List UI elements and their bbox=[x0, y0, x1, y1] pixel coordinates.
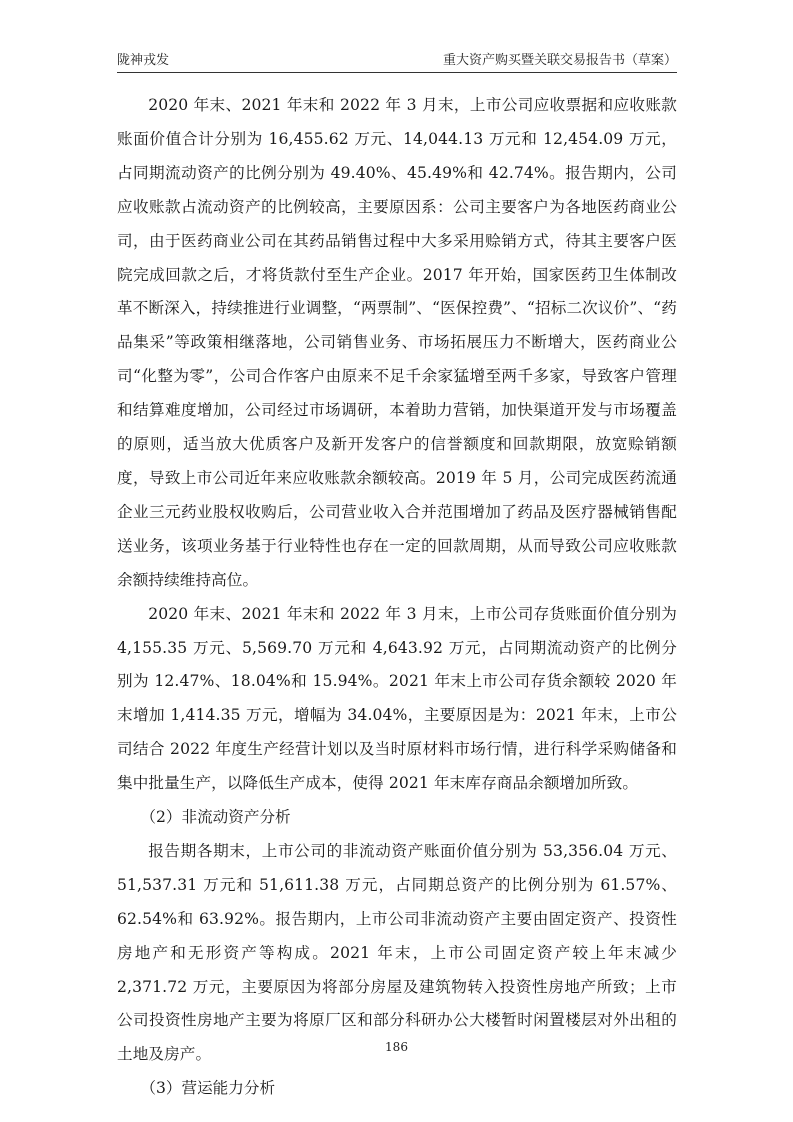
paragraph-receivables: 2020 年末、2021 年末和 2022 年 3 月末，上市公司应收票据和应收… bbox=[117, 89, 677, 598]
header-document-title: 重大资产购买暨关联交易报告书（草案） bbox=[443, 51, 677, 71]
paragraph-non-current-assets: 报告期各期末，上市公司的非流动资产账面价值分别为 53,356.04 万元、51… bbox=[117, 835, 677, 1072]
section-heading-non-current-assets: （2）非流动资产分析 bbox=[117, 801, 677, 835]
page-number: 186 bbox=[0, 1040, 793, 1054]
document-body: 2020 年末、2021 年末和 2022 年 3 月末，上市公司应收票据和应收… bbox=[117, 89, 677, 1106]
paragraph-inventory: 2020 年末、2021 年末和 2022 年 3 月末，上市公司存货账面价值分… bbox=[117, 598, 677, 801]
header-company-name: 陇神戎发 bbox=[117, 51, 169, 71]
page-header: 陇神戎发 重大资产购买暨关联交易报告书（草案） bbox=[117, 50, 677, 73]
section-heading-operating-capability: （3）营运能力分析 bbox=[117, 1072, 677, 1106]
